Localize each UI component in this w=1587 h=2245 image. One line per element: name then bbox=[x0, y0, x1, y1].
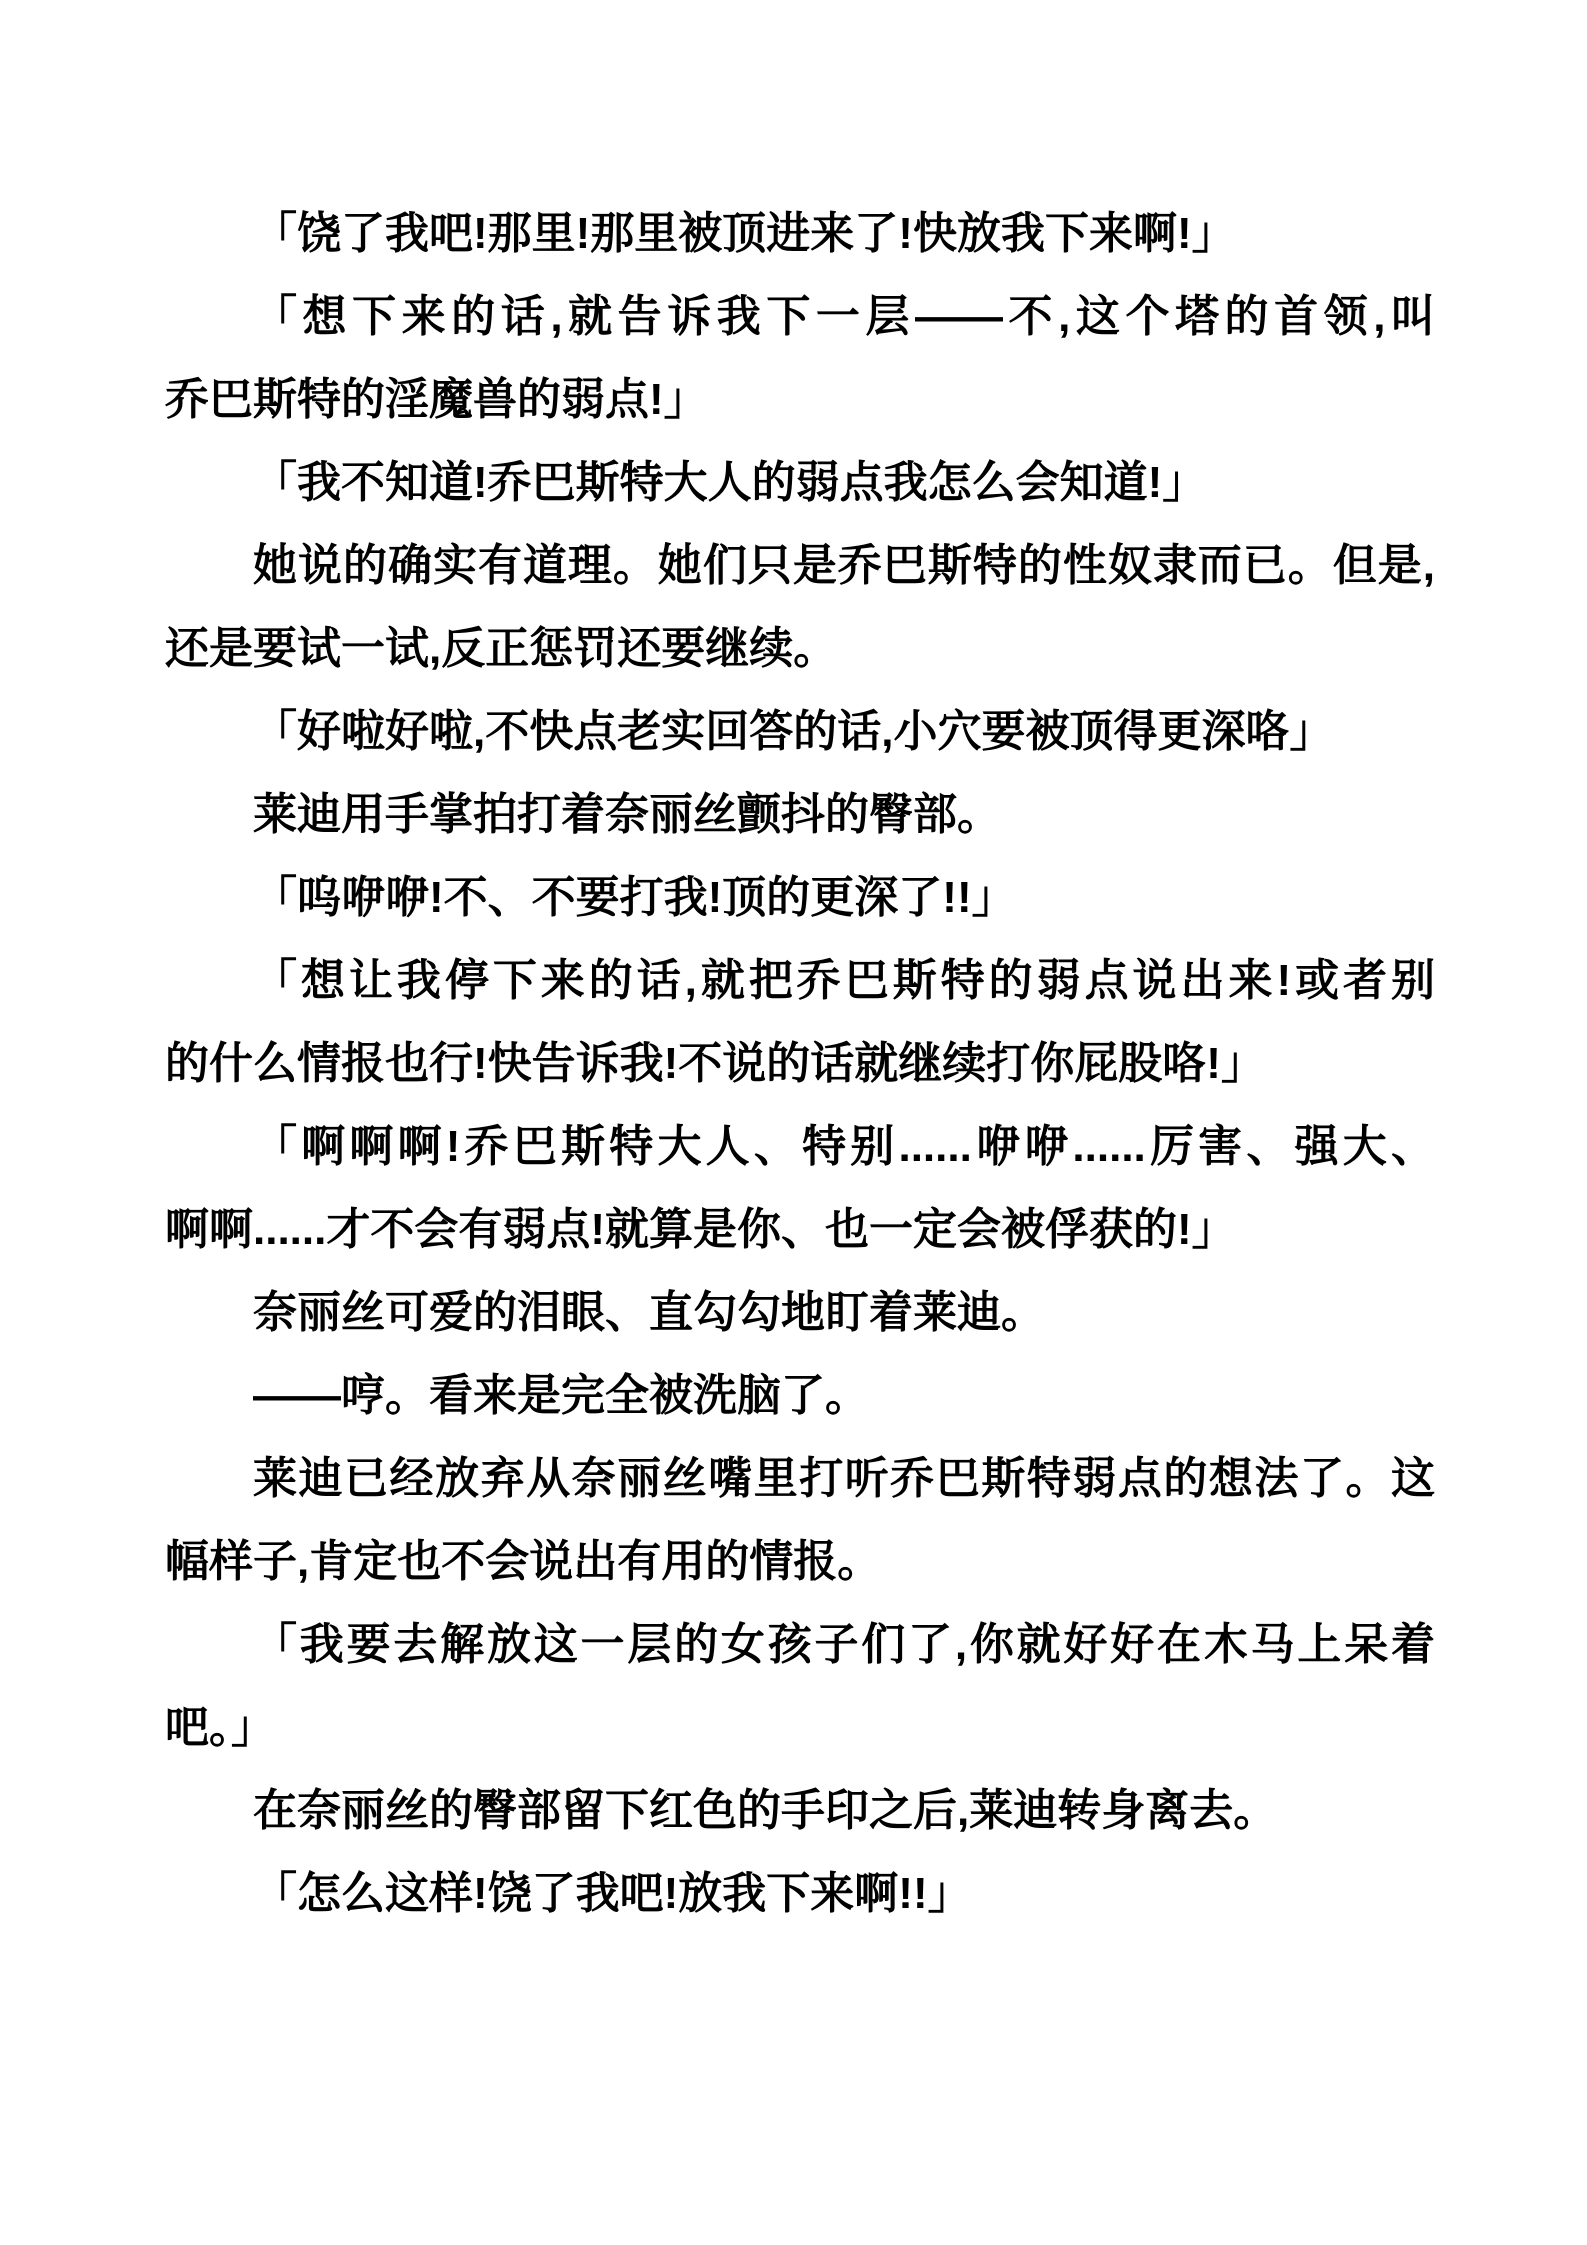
text-line: 她说的确实有道理。她们只是乔巴斯特的性奴隶而已。但是, bbox=[165, 524, 1435, 607]
text-line: 啊啊......才不会有弱点!就算是你、也一定会被俘获的!」 bbox=[165, 1188, 1435, 1271]
text-line: 「好啦好啦,不快点老实回答的话,小穴要被顶得更深咯」 bbox=[165, 690, 1435, 773]
text-line: 「怎么这样!饶了我吧!放我下来啊!!」 bbox=[165, 1852, 1435, 1935]
text-line: 「想下来的话,就告诉我下一层——不,这个塔的首领,叫 bbox=[165, 275, 1435, 358]
text-line: ——哼。看来是完全被洗脑了。 bbox=[165, 1354, 1435, 1437]
text-line: 「啊啊啊!乔巴斯特大人、特别......咿咿......厉害、强大、 bbox=[165, 1105, 1435, 1188]
text-line: 「呜咿咿!不、不要打我!顶的更深了!!」 bbox=[165, 856, 1435, 939]
novel-page: 「饶了我吧!那里!那里被顶进来了!快放我下来啊!」「想下来的话,就告诉我下一层—… bbox=[0, 0, 1587, 2245]
text-line: 的什么情报也行!快告诉我!不说的话就继续打你屁股咯!」 bbox=[165, 1022, 1435, 1105]
text-line: 莱迪用手掌拍打着奈丽丝颤抖的臀部。 bbox=[165, 773, 1435, 856]
text-line: 在奈丽丝的臀部留下红色的手印之后,莱迪转身离去。 bbox=[165, 1769, 1435, 1852]
text-line: 莱迪已经放弃从奈丽丝嘴里打听乔巴斯特弱点的想法了。这 bbox=[165, 1437, 1435, 1520]
text-line: 吧。」 bbox=[165, 1686, 1435, 1769]
text-line: 「我不知道!乔巴斯特大人的弱点我怎么会知道!」 bbox=[165, 441, 1435, 524]
text-line: 奈丽丝可爱的泪眼、直勾勾地盯着莱迪。 bbox=[165, 1271, 1435, 1354]
text-line: 乔巴斯特的淫魔兽的弱点!」 bbox=[165, 358, 1435, 441]
text-line: 幅样子,肯定也不会说出有用的情报。 bbox=[165, 1520, 1435, 1603]
text-block: 「饶了我吧!那里!那里被顶进来了!快放我下来啊!」「想下来的话,就告诉我下一层—… bbox=[165, 192, 1435, 1935]
text-line: 还是要试一试,反正惩罚还要继续。 bbox=[165, 607, 1435, 690]
text-line: 「想让我停下来的话,就把乔巴斯特的弱点说出来!或者别 bbox=[165, 939, 1435, 1022]
text-line: 「我要去解放这一层的女孩子们了,你就好好在木马上呆着 bbox=[165, 1603, 1435, 1686]
text-line: 「饶了我吧!那里!那里被顶进来了!快放我下来啊!」 bbox=[165, 192, 1435, 275]
